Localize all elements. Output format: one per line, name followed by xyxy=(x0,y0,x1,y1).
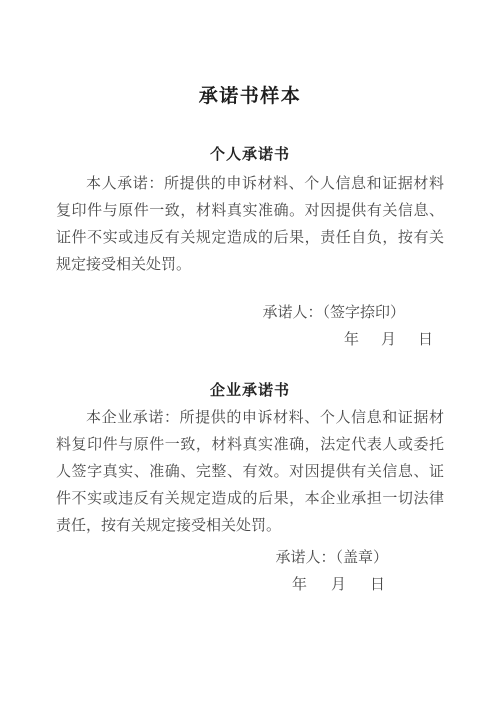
company-signer-line: 承诺人：（盖章） xyxy=(56,545,388,572)
personal-signer-line: 承诺人：（签字捺印） xyxy=(56,300,405,327)
company-commitment-paragraph: 本企业承诺：所提供的申诉材料、个人信息和证据材料复印件与原件一致，材料真实准确，… xyxy=(56,405,444,540)
document-page: 承诺书样本 个人承诺书 本人承诺：所提供的申诉材料、个人信息和证据材料复印件与原… xyxy=(0,0,500,707)
personal-date-month-label: 月 xyxy=(381,332,396,348)
section-personal-commitment: 个人承诺书 本人承诺：所提供的申诉材料、个人信息和证据材料复印件与原件一致，材料… xyxy=(56,146,444,354)
section-company-commitment: 企业承诺书 本企业承诺：所提供的申诉材料、个人信息和证据材料复印件与原件一致，材… xyxy=(56,382,444,599)
section-heading-company: 企业承诺书 xyxy=(56,382,444,400)
company-date-line: 年月日 xyxy=(56,572,385,599)
company-date-day-label: 日 xyxy=(370,577,385,593)
company-signer-label: 承诺人：（盖章） xyxy=(275,550,388,566)
personal-date-day-label: 日 xyxy=(418,332,433,348)
personal-commitment-paragraph: 本人承诺：所提供的申诉材料、个人信息和证据材料复印件与原件一致，材料真实准确。对… xyxy=(56,171,444,279)
personal-date-year-label: 年 xyxy=(344,332,359,348)
document-title: 承诺书样本 xyxy=(56,86,444,108)
company-date-month-label: 月 xyxy=(331,577,346,593)
personal-signer-label: 承诺人：（签字捺印） xyxy=(262,305,405,321)
personal-date-line: 年月日 xyxy=(56,327,433,354)
section-heading-personal: 个人承诺书 xyxy=(56,146,444,164)
company-date-year-label: 年 xyxy=(292,577,307,593)
